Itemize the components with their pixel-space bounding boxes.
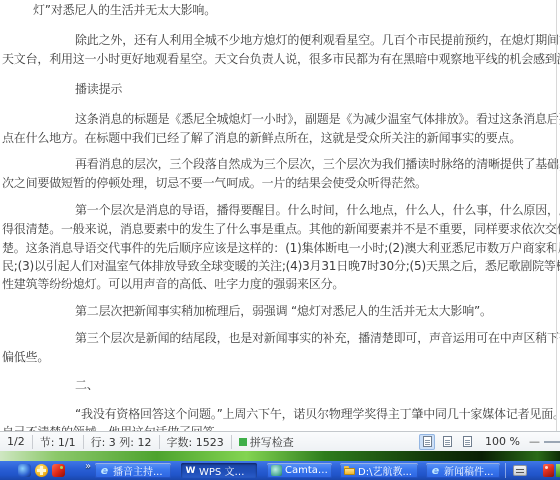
zoom-level: 100 % xyxy=(477,435,525,448)
document-text-line: 得很清楚。一般来说，消息要素中的发生了什么事是重点。其他的新闻要素并不是不重要，… xyxy=(2,222,560,237)
taskbar-button-3[interactable]: Camtasia ... xyxy=(267,463,332,478)
document-text-line: 性建筑等纷纷熄灯。可以用声音的高低、吐字力度的强弱来区分。 xyxy=(2,277,344,292)
document-text-line: 第三个层次是新闻的结尾段，也是对新闻事实的补充，播清楚即可，声音运用可在中声区稍… xyxy=(75,331,560,346)
taskbar-button-1[interactable]: e播音主持... xyxy=(95,463,171,478)
document-text-line: 这条消息的标题是《悉尼全城熄灯一小时》，副题是《为减少温室气体排放》。看过这条消… xyxy=(75,112,560,127)
taskbar-button-4[interactable]: D:\艺航教... xyxy=(340,463,418,478)
quick-launch-media-icon[interactable] xyxy=(52,464,65,477)
zoom-slider[interactable] xyxy=(544,441,560,443)
wps-icon: W xyxy=(185,465,196,476)
tray-green-icon[interactable] xyxy=(556,464,560,477)
quick-launch-coin-icon[interactable] xyxy=(35,464,48,477)
taskbar-button-5[interactable]: e新闻稿件... xyxy=(426,463,500,478)
document-text-line: 除此之外，还有人利用全城不少地方熄灯的便利观看星空。几百个市民提前预约，在熄灯期… xyxy=(75,33,560,48)
document-text-line: 再看消息的层次，三个段落自然成为三个层次，三个层次为我们播读时脉络的清晰提供了基… xyxy=(75,157,560,172)
taskbar-button-label: 播音主持... xyxy=(113,463,163,478)
document-text-line: 天文台，利用这一小时更好地观看星空。天文台负责人说，很多市民都为有在黑暗中观察地… xyxy=(2,52,560,67)
web-layout-view-button[interactable] xyxy=(459,434,475,450)
taskbar-button-2[interactable]: WWPS 文字 ... xyxy=(181,463,257,478)
document-page-edge xyxy=(556,0,557,431)
document-text-line: 二、 xyxy=(75,378,99,393)
status-bar-left: 1/2 节: 1/1 行: 3 列: 12 字数: 1523 拼写检查 xyxy=(0,432,301,451)
tray-divider xyxy=(505,463,506,478)
ie-icon: e xyxy=(430,465,441,476)
document-text-line: 点在什么地方。在标题中我们已经了解了消息的新鲜点所在，这就是受众所关注的新闻事实… xyxy=(2,131,521,146)
taskbar: » e播音主持...WWPS 文字 ...Camtasia ...D:\艺航教.… xyxy=(0,461,560,480)
document-text-line: “我没有资格回答这个问题。”上周六下午，诺贝尔物理学奖得主丁肇中同几十家媒体记者… xyxy=(75,407,560,422)
document-text-line: 次之间要做短暂的停顿处理，切忌不要一气呵成。一片的结果会使受众听得茫然。 xyxy=(2,176,427,191)
document-text-line: 楚。这条消息导语交代事件的先后顺序应该是这样的：(1)集体断电一小时;(2)澳大… xyxy=(2,241,560,256)
language-bar-icon[interactable] xyxy=(513,465,527,476)
web-layout-view-icon xyxy=(463,436,472,447)
document-text-line: 民;(3)以引起人们对温室气体排放导致全球变暖的关注;(4)3月31日晚7时30… xyxy=(2,259,560,274)
word-count: 字数: 1523 xyxy=(160,434,231,450)
document-text-line: 第二层次把新闻事实稍加梳理后，弱强调 “熄灯对悉尼人的生活并无太大影响”。 xyxy=(75,304,492,319)
taskbar-button-label: 新闻稿件... xyxy=(444,463,494,478)
taskbar-button-label: WPS 文字 ... xyxy=(199,463,253,478)
outline-view-icon xyxy=(443,436,452,447)
taskbar-button-label: D:\艺航教... xyxy=(358,463,412,478)
taskbar-button-label: Camtasia ... xyxy=(285,465,328,476)
screen: 灯”对悉尼人的生活并无太大影响。除此之外，还有人利用全城不少地方熄灯的便利观看星… xyxy=(0,0,560,480)
spellcheck-icon xyxy=(239,438,247,446)
page-view-icon xyxy=(423,436,432,447)
zoom-out-button[interactable]: — xyxy=(525,435,544,448)
line-column-indicator: 行: 3 列: 12 xyxy=(84,434,159,450)
ie-icon: e xyxy=(99,465,110,476)
tray-red-icon[interactable] xyxy=(543,464,554,477)
quick-launch-overflow-chevron[interactable]: » xyxy=(85,462,91,472)
document-text-line: 偏低些。 xyxy=(2,350,49,365)
folder-icon xyxy=(344,465,355,476)
quick-launch-browser-icon[interactable] xyxy=(18,464,31,477)
document-text-line: 灯”对悉尼人的生活并无太大影响。 xyxy=(33,3,216,18)
status-bar-right: 100 % — xyxy=(417,432,560,451)
document-text-line: 第一个层次是消息的导语，播得要醒目。什么时间，什么地点，什么人，什么事，什么原因… xyxy=(75,203,560,218)
desktop-wallpaper-strip xyxy=(0,451,560,461)
document-text-line: 播读提示 xyxy=(75,82,122,97)
page-view-button[interactable] xyxy=(419,434,435,450)
spellcheck-label: 拼写检查 xyxy=(250,434,294,450)
outline-view-button[interactable] xyxy=(439,434,455,450)
section-indicator: 节: 1/1 xyxy=(33,434,83,450)
status-bar: 1/2 节: 1/1 行: 3 列: 12 字数: 1523 拼写检查 10 xyxy=(0,431,560,451)
spellcheck-status[interactable]: 拼写检查 xyxy=(232,434,301,450)
document-canvas[interactable]: 灯”对悉尼人的生活并无太大影响。除此之外，还有人利用全城不少地方熄灯的便利观看星… xyxy=(0,0,560,431)
page-indicator: 1/2 xyxy=(0,435,32,448)
camtasia-icon xyxy=(271,465,282,476)
